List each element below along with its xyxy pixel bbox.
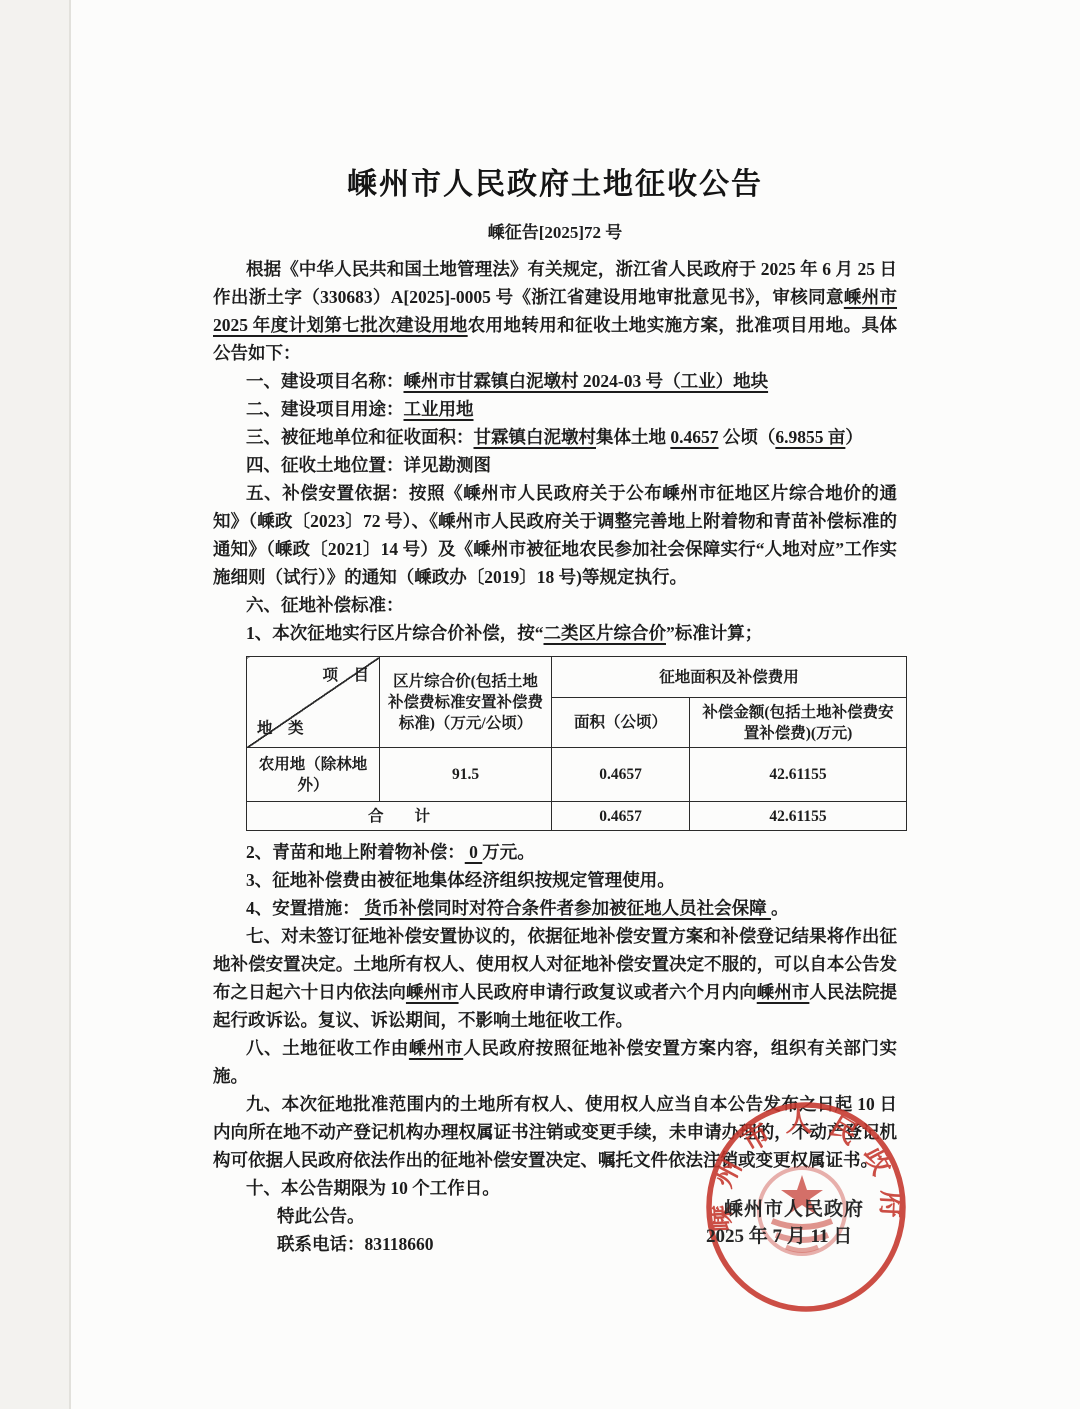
compensation-table: 项 目 地 类 区片综合价(包括土地补偿费标准安置补偿费标准)（万元/公顷） 征… <box>246 656 907 831</box>
table-row: 农用地（除林地外） 91.5 0.4657 42.61155 <box>247 748 907 802</box>
table-header-group: 征地面积及补偿费用 <box>552 657 907 698</box>
cell-amount: 42.61155 <box>690 748 907 802</box>
paragraph: 1、本次征地实行区片综合价补偿，按“二类区片综合价”标准计算； <box>213 619 897 647</box>
paragraph: 八、土地征收工作由嵊州市人民政府按照征地补偿安置方案内容，组织有关部门实施。 <box>213 1034 897 1090</box>
paragraph: 3、征地补偿费由被征地集体经济组织按规定管理使用。 <box>213 866 897 894</box>
cell-price: 91.5 <box>380 748 552 802</box>
paragraph: 根据《中华人民共和国土地管理法》有关规定，浙江省人民政府于 2025 年 6 月… <box>213 255 897 367</box>
table-corner-cell: 项 目 地 类 <box>247 657 380 748</box>
cell-total-area: 0.4657 <box>552 802 690 831</box>
corner-label-item: 项 目 <box>322 665 369 686</box>
signature-authority: 嵊州市人民政府 <box>724 1194 864 1221</box>
paper-edge <box>69 0 71 1409</box>
cell-total-amount: 42.61155 <box>690 802 907 831</box>
cell-total-label: 合 计 <box>247 802 552 831</box>
table-header-area: 面积（公顷） <box>552 698 690 748</box>
paragraph: 二、建设项目用途：工业用地 <box>213 395 897 423</box>
paragraph: 六、征地补偿标准： <box>213 591 897 619</box>
paragraph: 一、建设项目名称：嵊州市甘霖镇白泥墩村 2024-03 号（工业）地块 <box>213 367 897 395</box>
scan-margin <box>0 0 69 1409</box>
paragraph: 4、安置措施： 货币补偿同时对符合条件者参加被征地人员社会保障 。 <box>213 894 897 922</box>
corner-label-landtype: 地 类 <box>257 718 304 739</box>
table-total-row: 合 计 0.4657 42.61155 <box>247 802 907 831</box>
signature-date: 2025 年 7 月 11 日 <box>706 1221 852 1248</box>
body-paragraphs-top: 根据《中华人民共和国土地管理法》有关规定，浙江省人民政府于 2025 年 6 月… <box>213 255 897 647</box>
scanned-document-page: 嵊州市人民政府土地征收公告 嵊征告[2025]72 号 根据《中华人民共和国土地… <box>0 0 1080 1409</box>
paragraph: 七、对未签订征地补偿安置协议的，依据征地补偿安置方案和补偿登记结果将作出征地补偿… <box>213 922 897 1034</box>
cell-land-type: 农用地（除林地外） <box>247 748 380 802</box>
table-header-amount: 补偿金额(包括土地补偿费安置补偿费)(万元) <box>690 698 907 748</box>
paragraph: 五、补偿安置依据：按照《嵊州市人民政府关于公布嵊州市征地区片综合地价的通知》（嵊… <box>213 479 897 591</box>
paragraph: 2、青苗和地上附着物补偿： 0 万元。 <box>213 838 897 866</box>
table-header-price: 区片综合价(包括土地补偿费标准安置补偿费标准)（万元/公顷） <box>380 657 552 748</box>
document-number: 嵊征告[2025]72 号 <box>213 218 897 243</box>
document-title: 嵊州市人民政府土地征收公告 <box>213 166 897 204</box>
paragraph: 四、征收土地位置：详见勘测图 <box>213 451 897 479</box>
cell-area: 0.4657 <box>552 748 690 802</box>
paragraph: 三、被征地单位和征收面积：甘霖镇白泥墩村集体土地 0.4657 公顷（6.985… <box>213 423 897 451</box>
